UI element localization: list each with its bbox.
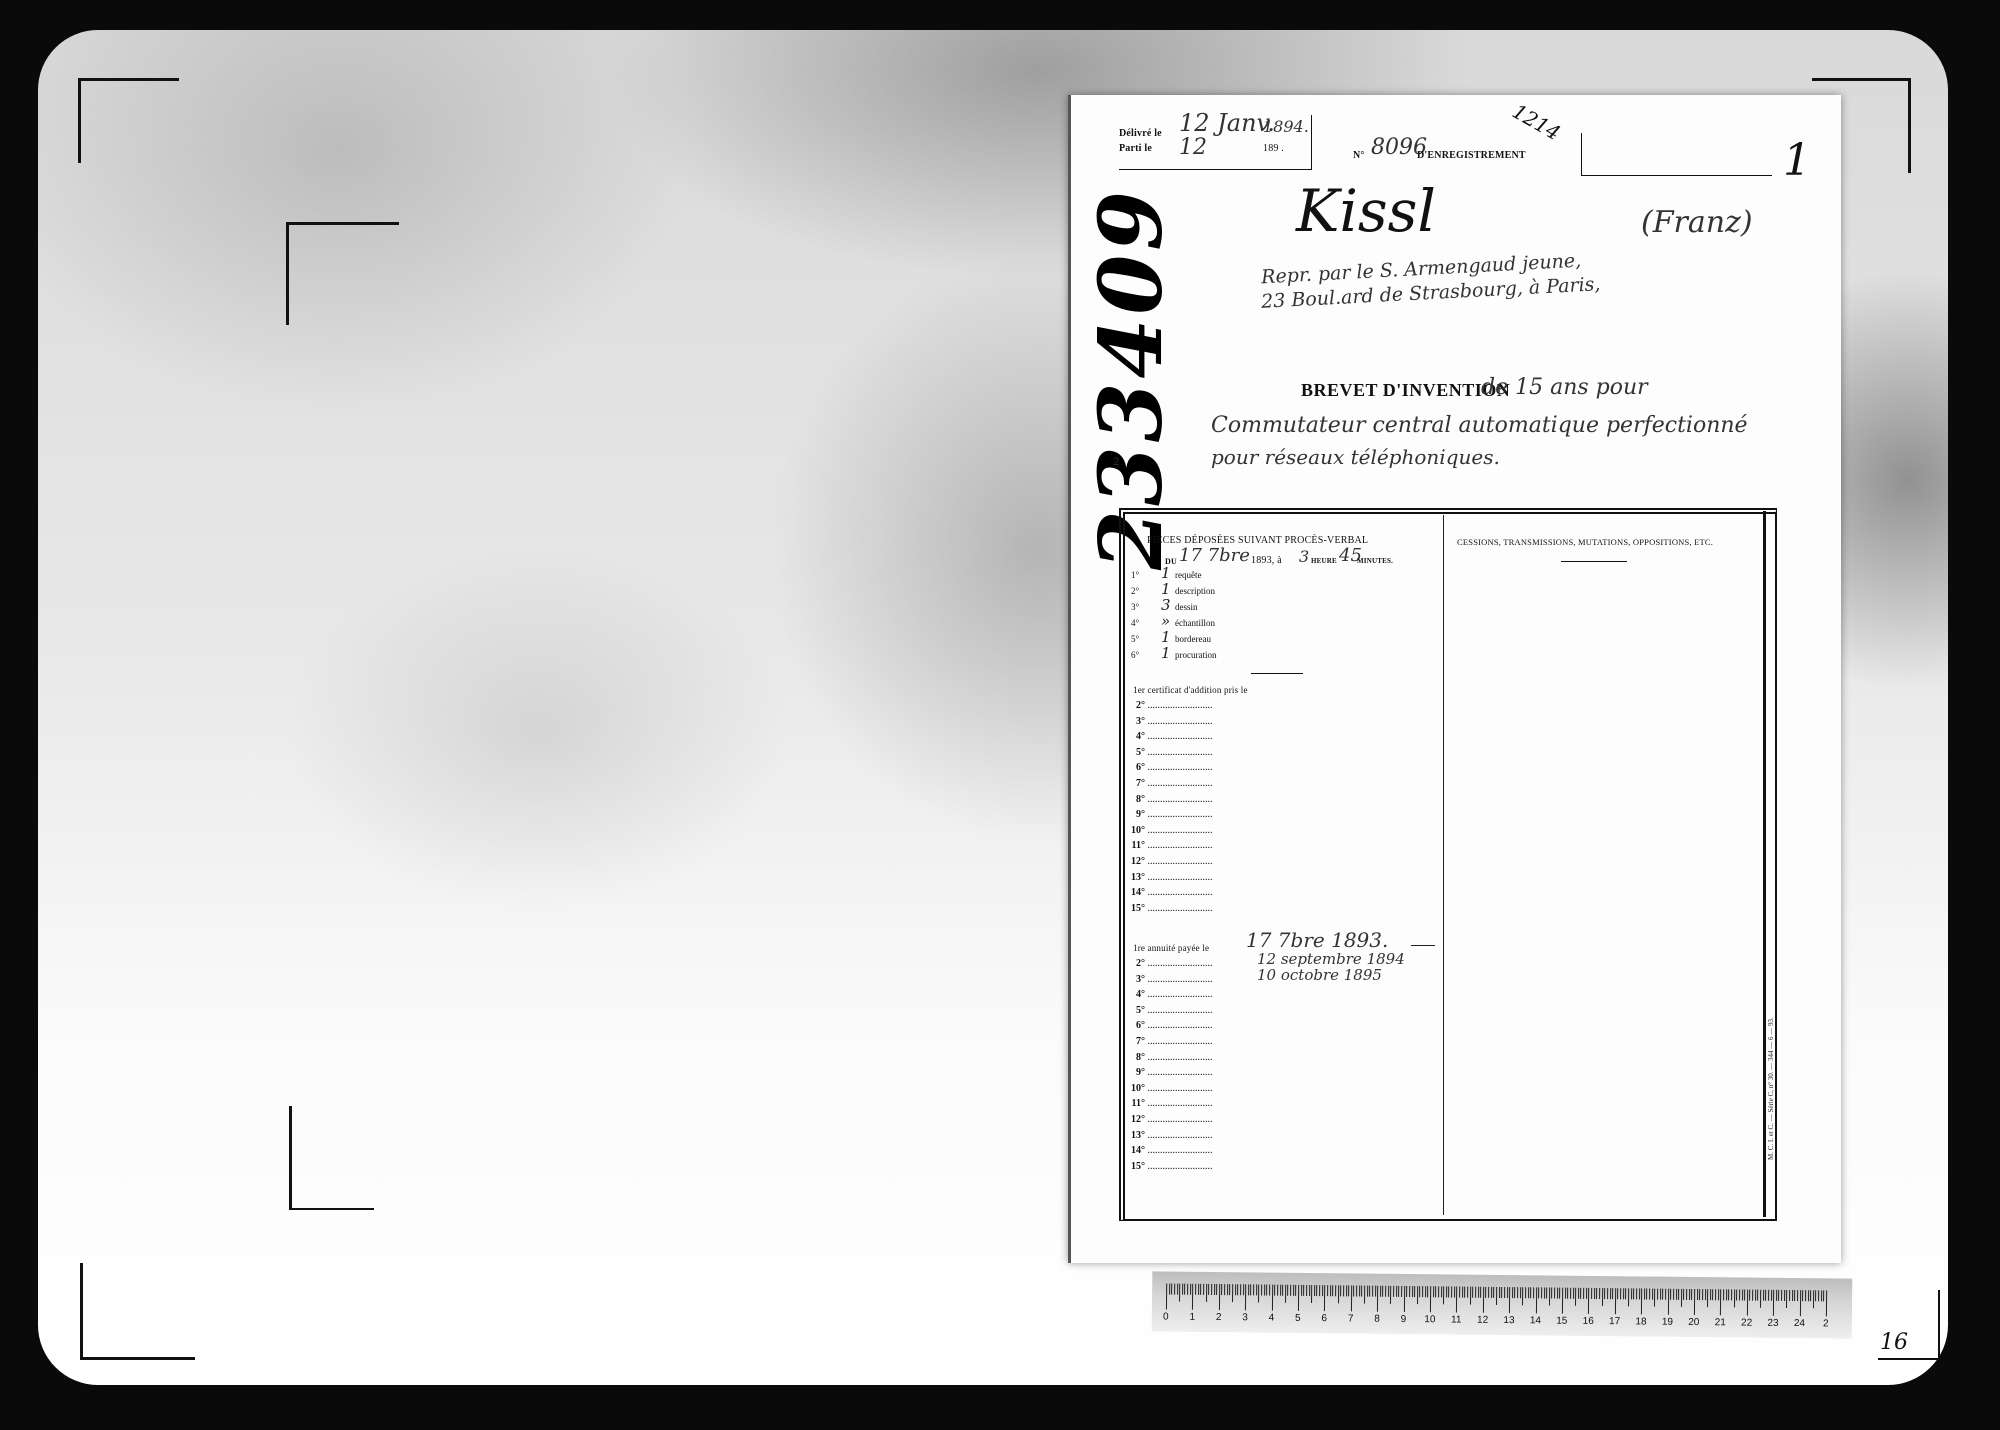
ruler-tick: [1802, 1290, 1803, 1301]
ruler-tick: [1446, 1286, 1447, 1297]
ruler-tick: [1779, 1290, 1780, 1301]
ruler-tick: [1240, 1284, 1241, 1295]
ruler-tick: [1303, 1285, 1304, 1296]
ruler-tick: [1192, 1284, 1193, 1310]
ruler-tick: [1203, 1284, 1204, 1295]
ruler-tick: [1288, 1285, 1289, 1296]
register-row: 11° ..........................: [1125, 840, 1213, 851]
row-number: 2°: [1125, 700, 1145, 711]
ruler-tick: [1272, 1285, 1273, 1311]
ruler-tick: [1549, 1287, 1550, 1305]
annuity-first-label: 1re annuité payée le: [1133, 943, 1209, 953]
stamp-box: [1581, 133, 1772, 176]
register-row: 9° ..........................: [1125, 809, 1213, 820]
ruler-tick: [1546, 1287, 1547, 1298]
annuity-dash: [1411, 945, 1435, 946]
ruler-tick: [1486, 1287, 1487, 1298]
ruler-tick: [1662, 1289, 1663, 1300]
ruler-tick: [1670, 1289, 1671, 1300]
ruler-label: 10: [1424, 1314, 1435, 1325]
patent-record-sheet: Délivré le 12 Janv. 1894. Parti le 12 18…: [1068, 95, 1841, 1263]
deposited-hour: 3: [1299, 547, 1309, 566]
ruler-tick: [1684, 1289, 1685, 1300]
ruler-tick: [1710, 1289, 1711, 1300]
ruler-tick: [1739, 1289, 1740, 1300]
ruler-tick: [1361, 1286, 1362, 1297]
ruler-tick: [1224, 1284, 1225, 1295]
patent-type-label: BREVET D'INVENTION: [1301, 380, 1510, 401]
ruler-tick: [1544, 1287, 1545, 1298]
ruler-tick: [1567, 1288, 1568, 1299]
form-right-border: [1763, 511, 1766, 1217]
ruler-tick: [1269, 1285, 1270, 1296]
ruler-tick: [1251, 1284, 1252, 1295]
ruler-tick: [1222, 1284, 1223, 1295]
certificate-first-label: 1er certificat d'addition pris le: [1133, 685, 1248, 695]
ruler-tick: [1639, 1288, 1640, 1299]
ruler-tick: [1443, 1286, 1444, 1304]
ruler-tick: [1324, 1285, 1325, 1311]
ruler-tick: [1475, 1287, 1476, 1298]
ruler-tick: [1821, 1290, 1822, 1301]
ruler-tick: [1694, 1289, 1695, 1315]
ruler-tick: [1427, 1286, 1428, 1297]
deposited-hour-label: HEURE: [1311, 557, 1337, 565]
row-number: 14°: [1125, 887, 1145, 898]
register-row: 10° ..........................: [1125, 825, 1213, 836]
row-number: 5°: [1125, 1005, 1145, 1016]
deposited-item-label: dessin: [1175, 602, 1198, 612]
ruler-tick: [1401, 1286, 1402, 1297]
ruler-tick: [1520, 1287, 1521, 1298]
holder-given-name: (Franz): [1641, 205, 1753, 240]
ruler-tick: [1459, 1287, 1460, 1298]
ruler-tick: [1478, 1287, 1479, 1298]
ruler-tick: [1509, 1287, 1510, 1313]
register-row: 5° ..........................: [1125, 747, 1213, 758]
ruler-tick: [1673, 1289, 1674, 1300]
register-row: 6° ..........................: [1125, 1020, 1213, 1031]
register-row: 12° ..........................: [1125, 856, 1213, 867]
register-row: 2° ..........................: [1125, 700, 1213, 711]
ruler-tick: [1438, 1286, 1439, 1297]
row-number: 6°: [1125, 1020, 1145, 1031]
ruler-tick: [1813, 1290, 1814, 1308]
ruler-tick: [1530, 1287, 1531, 1298]
ruler-tick: [1404, 1286, 1405, 1312]
ruler-tick: [1483, 1287, 1484, 1313]
ruler-tick: [1343, 1285, 1344, 1296]
ruler-tick: [1245, 1284, 1246, 1310]
ruler-tick: [1364, 1286, 1365, 1304]
ruler-tick: [1599, 1288, 1600, 1299]
row-number: 11°: [1125, 840, 1145, 851]
ruler-tick: [1786, 1290, 1787, 1308]
ruler-tick: [1668, 1289, 1669, 1315]
ruler-tick: [1322, 1285, 1323, 1296]
ruler-tick: [1200, 1284, 1201, 1295]
ruler-tick: [1705, 1289, 1706, 1300]
deposited-minute-label: MINUTES.: [1357, 557, 1393, 565]
ruler-tick: [1258, 1284, 1259, 1302]
ruler-label: 19: [1662, 1317, 1673, 1328]
ruler-tick: [1317, 1285, 1318, 1296]
ruler-tick: [1338, 1285, 1339, 1303]
deposited-items-list: 1°1requête2°1description3°3dessin4°»écha…: [1131, 570, 1331, 670]
ruler-tick: [1229, 1284, 1230, 1295]
ruler-tick: [1332, 1285, 1333, 1296]
ruler-tick: [1227, 1284, 1228, 1295]
ruler-tick: [1581, 1288, 1582, 1299]
ruler-tick: [1309, 1285, 1310, 1296]
departed-value: 12: [1179, 135, 1207, 160]
register-row: 3° ..........................: [1125, 716, 1213, 727]
ruler-tick: [1327, 1285, 1328, 1296]
ruler-tick: [1166, 1283, 1167, 1309]
invention-title-line2: pour réseaux téléphoniques.: [1211, 445, 1500, 469]
row-number: 14°: [1125, 1145, 1145, 1156]
ruler-tick: [1441, 1286, 1442, 1297]
ruler-tick: [1591, 1288, 1592, 1299]
ruler-tick: [1755, 1290, 1756, 1301]
ruler-tick: [1369, 1286, 1370, 1297]
ruler-tick: [1359, 1286, 1360, 1297]
ruler-tick: [1214, 1284, 1215, 1295]
ruler-tick: [1731, 1289, 1732, 1300]
ruler-tick: [1557, 1288, 1558, 1299]
ruler-tick: [1678, 1289, 1679, 1300]
ruler-label: 4: [1269, 1313, 1275, 1324]
crop-mark-inner-top-left: [286, 222, 399, 325]
register-row: 12° ..........................: [1125, 1114, 1213, 1125]
register-row: 7° ..........................: [1125, 778, 1213, 789]
ruler-tick: [1467, 1287, 1468, 1298]
ruler-tick: [1472, 1287, 1473, 1298]
ruler-tick: [1623, 1288, 1624, 1299]
ruler-tick: [1760, 1290, 1761, 1308]
ruler-label: 7: [1348, 1313, 1354, 1324]
ruler-tick: [1771, 1290, 1772, 1301]
ruler-tick: [1451, 1286, 1452, 1297]
invention-title-line1: Commutateur central automatique perfecti…: [1211, 413, 1748, 438]
ruler-tick: [1763, 1290, 1764, 1301]
departed-year: 189 .: [1263, 143, 1284, 154]
ruler-tick: [1607, 1288, 1608, 1299]
ruler-tick: [1588, 1288, 1589, 1314]
register-row: 9° ..........................: [1125, 1067, 1213, 1078]
ruler-tick: [1552, 1288, 1553, 1299]
register-row: 14° ..........................: [1125, 887, 1213, 898]
ruler-tick: [1665, 1289, 1666, 1300]
side-mark: 2: [1113, 457, 1119, 468]
delivered-value: 12 Janv.: [1179, 109, 1275, 137]
ruler-tick: [1512, 1287, 1513, 1298]
ruler-label: 23: [1767, 1318, 1778, 1329]
ruler-tick: [1264, 1285, 1265, 1296]
ruler-tick: [1744, 1290, 1745, 1301]
ruler-tick: [1435, 1286, 1436, 1297]
deposited-item-number: 2°: [1131, 586, 1139, 596]
row-number: 6°: [1125, 762, 1145, 773]
ruler-label: 22: [1741, 1318, 1752, 1329]
ruler-label: 11: [1451, 1314, 1462, 1325]
row-number: 15°: [1125, 1161, 1145, 1172]
row-number: 4°: [1125, 989, 1145, 1000]
ruler-tick: [1575, 1288, 1576, 1306]
ruler-label: 17: [1609, 1316, 1620, 1327]
ruler-tick: [1375, 1286, 1376, 1297]
ruler-tick: [1565, 1288, 1566, 1299]
ruler-tick: [1515, 1287, 1516, 1298]
row-number: 7°: [1125, 1036, 1145, 1047]
ruler-tick: [1633, 1288, 1634, 1299]
ruler-tick: [1372, 1286, 1373, 1297]
ruler-tick: [1697, 1289, 1698, 1300]
row-number: 13°: [1125, 872, 1145, 883]
ruler-tick: [1293, 1285, 1294, 1296]
ruler-tick: [1826, 1290, 1827, 1316]
ruler-tick: [1676, 1289, 1677, 1300]
ruler-label: 16: [1583, 1316, 1594, 1327]
register-row: 11° ..........................: [1125, 1098, 1213, 1109]
cessions-rule: [1561, 561, 1627, 562]
holder-surname: Kissl: [1296, 177, 1436, 245]
ruler-tick: [1805, 1290, 1806, 1301]
ruler-tick: [1794, 1290, 1795, 1301]
register-row: 13° ..........................: [1125, 872, 1213, 883]
register-row: 13° ..........................: [1125, 1130, 1213, 1141]
register-row: 6° ..........................: [1125, 762, 1213, 773]
ruler-tick: [1285, 1285, 1286, 1303]
ruler-tick: [1187, 1284, 1188, 1295]
ruler-label: 5: [1295, 1313, 1301, 1324]
measurement-ruler: 0123456789101112131415161718192021222324…: [1152, 1271, 1853, 1338]
register-row: 4° ..........................: [1125, 731, 1213, 742]
ruler-tick: [1541, 1287, 1542, 1298]
ruler-tick: [1628, 1288, 1629, 1306]
ruler-tick: [1823, 1290, 1824, 1301]
deposited-date: 17 7bre: [1179, 545, 1250, 566]
ruler-tick: [1351, 1285, 1352, 1311]
deposited-item-label: requête: [1175, 570, 1201, 580]
register-row: 7° ..........................: [1125, 1036, 1213, 1047]
ruler-tick: [1356, 1285, 1357, 1296]
ruler-tick: [1377, 1286, 1378, 1312]
printer-imprint: M. C. I. et C. — Série C, n° 30. — 344 —…: [1767, 960, 1775, 1160]
ruler-label: 1: [1189, 1312, 1195, 1323]
ruler-tick: [1554, 1288, 1555, 1299]
ruler-tick: [1573, 1288, 1574, 1299]
ruler-tick: [1390, 1286, 1391, 1304]
ruler-label: 21: [1715, 1317, 1726, 1328]
row-number: 8°: [1125, 794, 1145, 805]
ruler-tick: [1507, 1287, 1508, 1298]
ruler-tick: [1206, 1284, 1207, 1302]
crop-mark-inner-bottom-left: [289, 1106, 374, 1210]
ruler-tick: [1169, 1284, 1170, 1295]
ruler-tick: [1380, 1286, 1381, 1297]
row-number: 13°: [1125, 1130, 1145, 1141]
ruler-tick: [1784, 1290, 1785, 1301]
ruler-tick: [1430, 1286, 1431, 1312]
row-number: 10°: [1125, 1083, 1145, 1094]
ruler-tick: [1253, 1284, 1254, 1295]
row-handwritten-value: 10 octobre 1895: [1257, 966, 1382, 984]
ruler-tick: [1280, 1285, 1281, 1296]
ruler-tick: [1190, 1284, 1191, 1295]
ruler-label: 3: [1242, 1312, 1248, 1323]
ruler-tick: [1198, 1284, 1199, 1295]
register-row: 10° ..........................: [1125, 1083, 1213, 1094]
ruler-tick: [1776, 1290, 1777, 1301]
ruler-tick: [1578, 1288, 1579, 1299]
ruler-tick: [1348, 1285, 1349, 1296]
ruler-tick: [1488, 1287, 1489, 1298]
ruler-tick: [1789, 1290, 1790, 1301]
ruler-tick: [1277, 1285, 1278, 1296]
ruler-tick: [1499, 1287, 1500, 1298]
register-row: 3° ..........................: [1125, 974, 1213, 985]
ruler-tick: [1815, 1290, 1816, 1301]
ruler-tick: [1536, 1287, 1537, 1313]
corner-mark: 1: [1783, 135, 1811, 186]
ruler-tick: [1311, 1285, 1312, 1303]
ruler-tick: [1470, 1287, 1471, 1305]
ruler-tick: [1346, 1285, 1347, 1296]
ruler-tick: [1736, 1289, 1737, 1300]
ruler-tick: [1354, 1285, 1355, 1296]
ruler-tick: [1636, 1288, 1637, 1299]
deposited-item-label: procuration: [1175, 650, 1216, 660]
ruler-tick: [1649, 1289, 1650, 1300]
ruler-tick: [1340, 1285, 1341, 1296]
ruler-label: 9: [1401, 1314, 1407, 1325]
row-number: 2°: [1125, 958, 1145, 969]
ruler-tick: [1538, 1287, 1539, 1298]
ruler-tick: [1631, 1288, 1632, 1299]
ruler-tick: [1641, 1288, 1642, 1314]
crop-mark-bottom-left: [80, 1263, 195, 1360]
ruler-label: 15: [1556, 1316, 1567, 1327]
ruler-tick: [1195, 1284, 1196, 1295]
ruler-tick: [1742, 1290, 1743, 1301]
ruler-tick: [1612, 1288, 1613, 1299]
ruler-tick: [1456, 1287, 1457, 1313]
ruler-tick: [1409, 1286, 1410, 1297]
ruler-tick: [1765, 1290, 1766, 1301]
crop-mark-top-left: [78, 78, 179, 163]
register-row: 4° ..........................: [1125, 989, 1213, 1000]
ruler-tick: [1792, 1290, 1793, 1301]
ruler-tick: [1425, 1286, 1426, 1297]
ruler-tick: [1501, 1287, 1502, 1298]
deposited-item-label: échantillon: [1175, 618, 1215, 628]
row-number: 11°: [1125, 1098, 1145, 1109]
ruler-tick: [1726, 1289, 1727, 1300]
ruler-tick: [1396, 1286, 1397, 1297]
ruler-tick: [1559, 1288, 1560, 1299]
ruler-tick: [1522, 1287, 1523, 1305]
ruler-tick: [1266, 1285, 1267, 1296]
register-row: 15° ..........................: [1125, 903, 1213, 914]
deposited-item-label: description: [1175, 586, 1215, 596]
deposited-year: 1893, à: [1251, 555, 1282, 566]
row-number: 3°: [1125, 974, 1145, 985]
ruler-tick: [1385, 1286, 1386, 1297]
annuity-first-value: 17 7bre 1893.: [1246, 928, 1388, 952]
delivered-year: 1894.: [1263, 117, 1309, 136]
register-row: 2° ..........................: [1125, 958, 1213, 969]
ruler-tick: [1620, 1288, 1621, 1299]
ruler-tick: [1773, 1290, 1774, 1316]
deposited-item-number: 4°: [1131, 618, 1139, 628]
ruler-tick: [1618, 1288, 1619, 1299]
ruler-tick: [1208, 1284, 1209, 1295]
ruler-tick: [1412, 1286, 1413, 1297]
ruler-tick: [1491, 1287, 1492, 1298]
deposited-item-label: bordereau: [1175, 634, 1211, 644]
ruler-tick: [1715, 1289, 1716, 1300]
departed-label: Parti le: [1119, 143, 1152, 154]
ruler-tick: [1562, 1288, 1563, 1314]
ruler-label: 2: [1823, 1318, 1829, 1329]
registration-prefix: N°: [1353, 150, 1365, 161]
ruler-tick: [1237, 1284, 1238, 1295]
ruler-tick: [1449, 1286, 1450, 1297]
row-number: 7°: [1125, 778, 1145, 789]
ruler-tick: [1570, 1288, 1571, 1299]
ruler-tick: [1699, 1289, 1700, 1300]
ruler-tick: [1182, 1284, 1183, 1295]
row-number: 9°: [1125, 809, 1145, 820]
ruler-tick: [1702, 1289, 1703, 1300]
ruler-tick: [1393, 1286, 1394, 1297]
ruler-tick: [1594, 1288, 1595, 1299]
ruler-tick: [1681, 1289, 1682, 1307]
ruler-tick: [1610, 1288, 1611, 1299]
ruler-label: 8: [1374, 1314, 1380, 1325]
ruler-tick: [1525, 1287, 1526, 1298]
ruler-tick: [1422, 1286, 1423, 1297]
row-number: 10°: [1125, 825, 1145, 836]
ruler-tick: [1713, 1289, 1714, 1300]
ruler-tick: [1533, 1287, 1534, 1298]
folio-mark: 1214: [1508, 99, 1564, 145]
plate-page-number: 16: [1880, 1330, 1908, 1355]
annuity-rows: 2° ..........................12 septembr…: [1125, 958, 1425, 1188]
ruler-tick: [1398, 1286, 1399, 1297]
deposited-item-number: 3°: [1131, 602, 1139, 612]
row-number: 15°: [1125, 903, 1145, 914]
ruler-tick: [1388, 1286, 1389, 1297]
ruler-tick: [1274, 1285, 1275, 1296]
ruler-tick: [1383, 1286, 1384, 1297]
register-row: 15° ..........................: [1125, 1161, 1213, 1172]
deposited-item-number: 6°: [1131, 650, 1139, 660]
row-number: 3°: [1125, 716, 1145, 727]
row-number: 12°: [1125, 1114, 1145, 1125]
ruler-label: 0: [1163, 1311, 1169, 1322]
register-row: 14° ..........................: [1125, 1145, 1213, 1156]
ruler-tick: [1818, 1290, 1819, 1301]
patent-duration: de 15 ans pour: [1481, 375, 1648, 400]
ruler-label: 13: [1503, 1315, 1514, 1326]
ruler-tick: [1261, 1284, 1262, 1295]
row-number: 5°: [1125, 747, 1145, 758]
ruler-tick: [1625, 1288, 1626, 1299]
ruler-tick: [1171, 1284, 1172, 1295]
ruler-tick: [1660, 1289, 1661, 1300]
